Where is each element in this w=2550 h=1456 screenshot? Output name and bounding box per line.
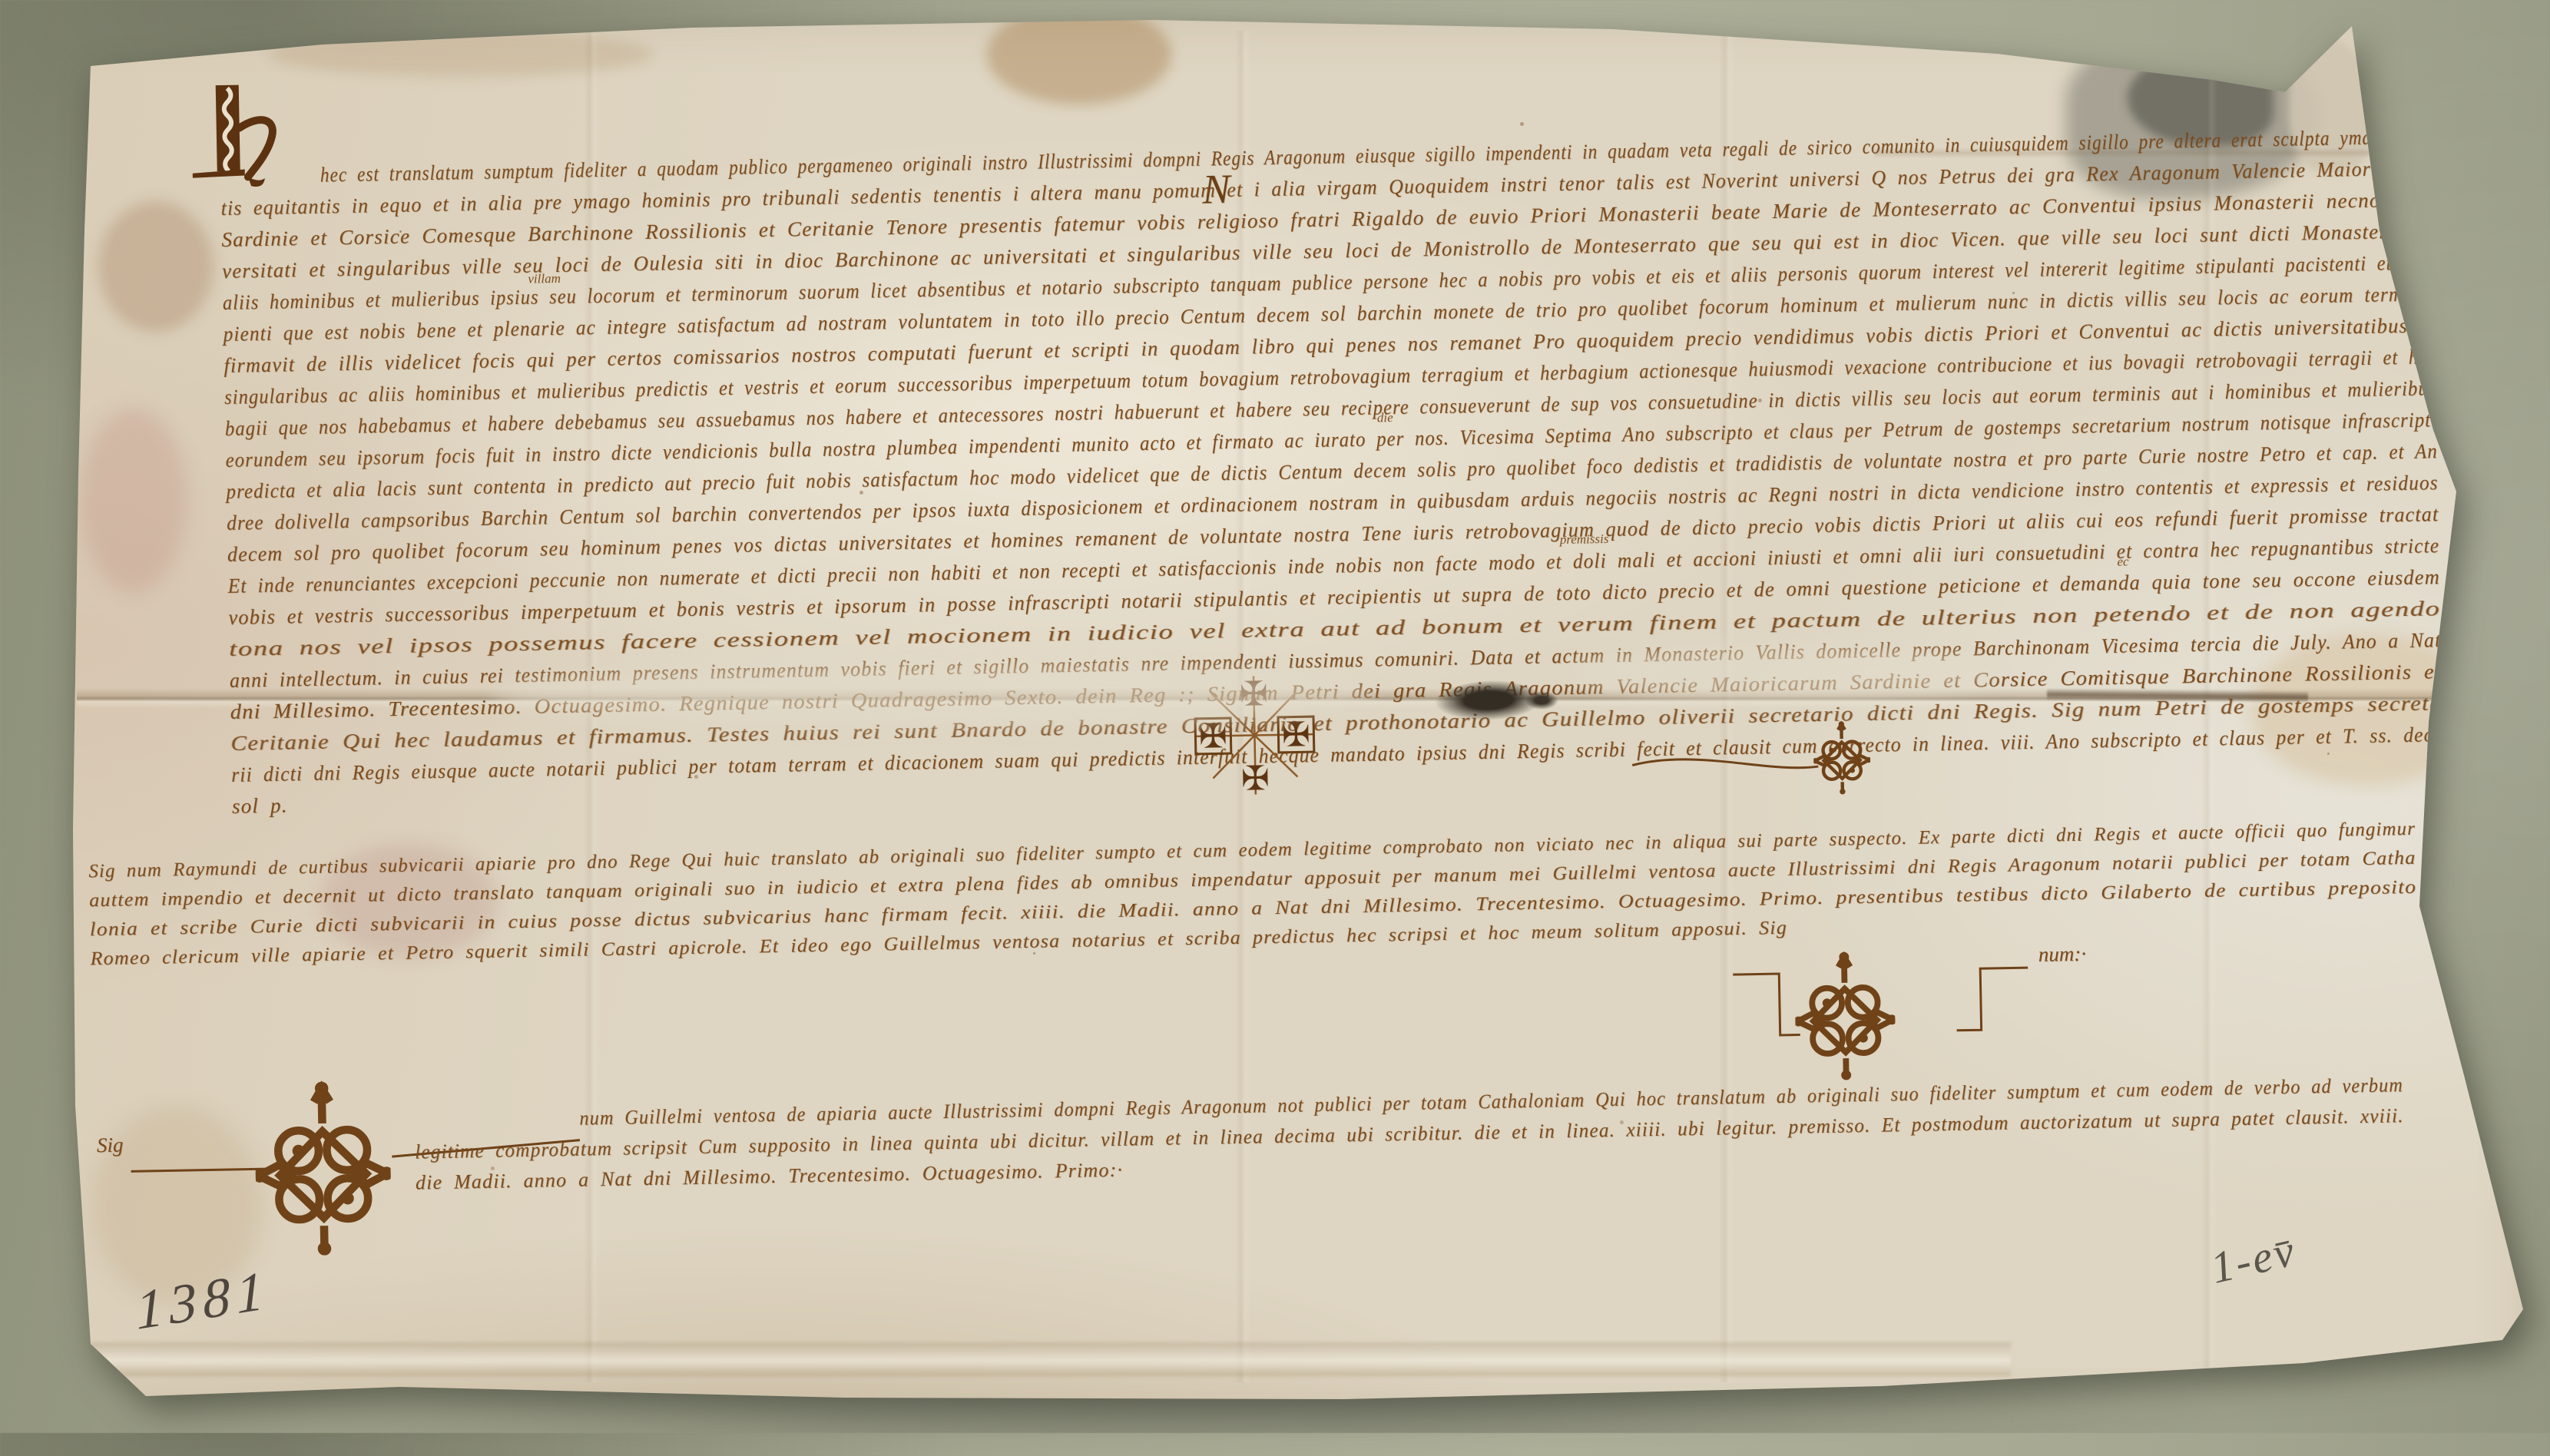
parchment-hole-small: [1525, 691, 1558, 710]
maltese-cross-icon: ✠: [1241, 759, 1270, 799]
notarial-knot-sign-gostemps: [1813, 720, 1871, 795]
faded-ink-wash: [492, 662, 1375, 727]
interlinear-addition-ec: ec: [2117, 554, 2128, 570]
writing-layer: N hec est translatum sumptum fideliter a…: [0, 0, 2550, 1433]
interlinear-addition-premissis: premissis: [1560, 531, 1609, 548]
sig-connector-left: [123, 1147, 277, 1189]
parchment-shadow: N hec est translatum sumptum fideliter a…: [0, 0, 2550, 1433]
sig-connector-line: [1629, 739, 1822, 789]
signum-suffix-num: num:·: [2038, 942, 2087, 967]
faded-ink-wash: [1567, 644, 1997, 701]
maltese-cross-icon: ✠: [1199, 716, 1228, 756]
notarial-knot-sign-ventosa-lower: [253, 1079, 392, 1256]
notary-subscription-block: num Guillelmi ventosa de apiaria aucte I…: [414, 1074, 2405, 1202]
parchment: N hec est translatum sumptum fideliter a…: [0, 0, 2550, 1433]
interlinear-addition-die: die: [1377, 410, 1393, 425]
charter-text-block: hec est translatum sumptum fideliter a q…: [220, 124, 2444, 826]
maltese-cross-icon: ✠: [1282, 715, 1311, 755]
photo-scene: N hec est translatum sumptum fideliter a…: [0, 0, 2550, 1433]
interlinear-addition-villam: villam: [528, 271, 561, 287]
notarial-knot-sign-ventosa-upper: [1794, 950, 1896, 1080]
signum-prefix-sig: Sig: [97, 1133, 124, 1158]
